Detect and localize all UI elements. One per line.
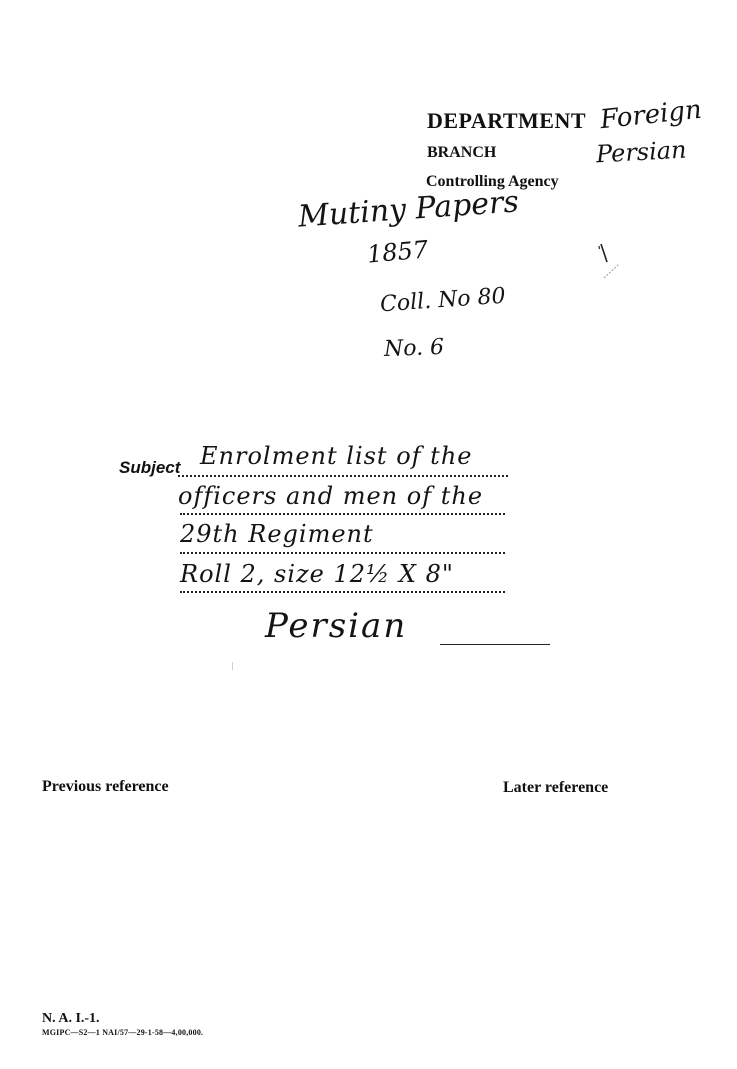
handwritten-dash [440,644,550,645]
form-code: N. A. I.-1. [42,1011,100,1027]
department-handwritten-value: Foreign [599,95,703,135]
subject-line: Enrolment list of the [200,442,472,470]
subject-line: officers and men of the [178,482,483,510]
printer-imprint: MGIPC—S2—1 NAI/57—29-1-58—4,00,000. [42,1028,203,1037]
later-reference-label: Later reference [503,779,608,797]
subject-label: Subject [119,458,180,478]
item-number-handwritten: No. 6 [384,335,445,362]
subject-language-line: Persian [265,606,407,646]
pencil-tick-mark-icon [598,242,620,282]
department-label: DEPARTMENT [427,108,586,134]
subject-dotted-line [178,475,508,477]
branch-label: BRANCH [427,144,496,162]
collection-title-handwritten: Mutiny Papers [297,184,520,234]
scan-artifact [232,662,233,670]
previous-reference-label: Previous reference [42,778,169,796]
branch-handwritten-value: Persian [595,136,687,169]
subject-dotted-line [180,513,505,515]
year-handwritten: 1857 [366,235,429,268]
subject-dotted-line [180,552,505,554]
subject-line: 29th Regiment [180,520,374,548]
subject-line: Roll 2, size 12½ X 8" [180,560,454,588]
collection-number-handwritten: Coll. No 80 [379,284,506,318]
subject-dotted-line [180,591,505,593]
